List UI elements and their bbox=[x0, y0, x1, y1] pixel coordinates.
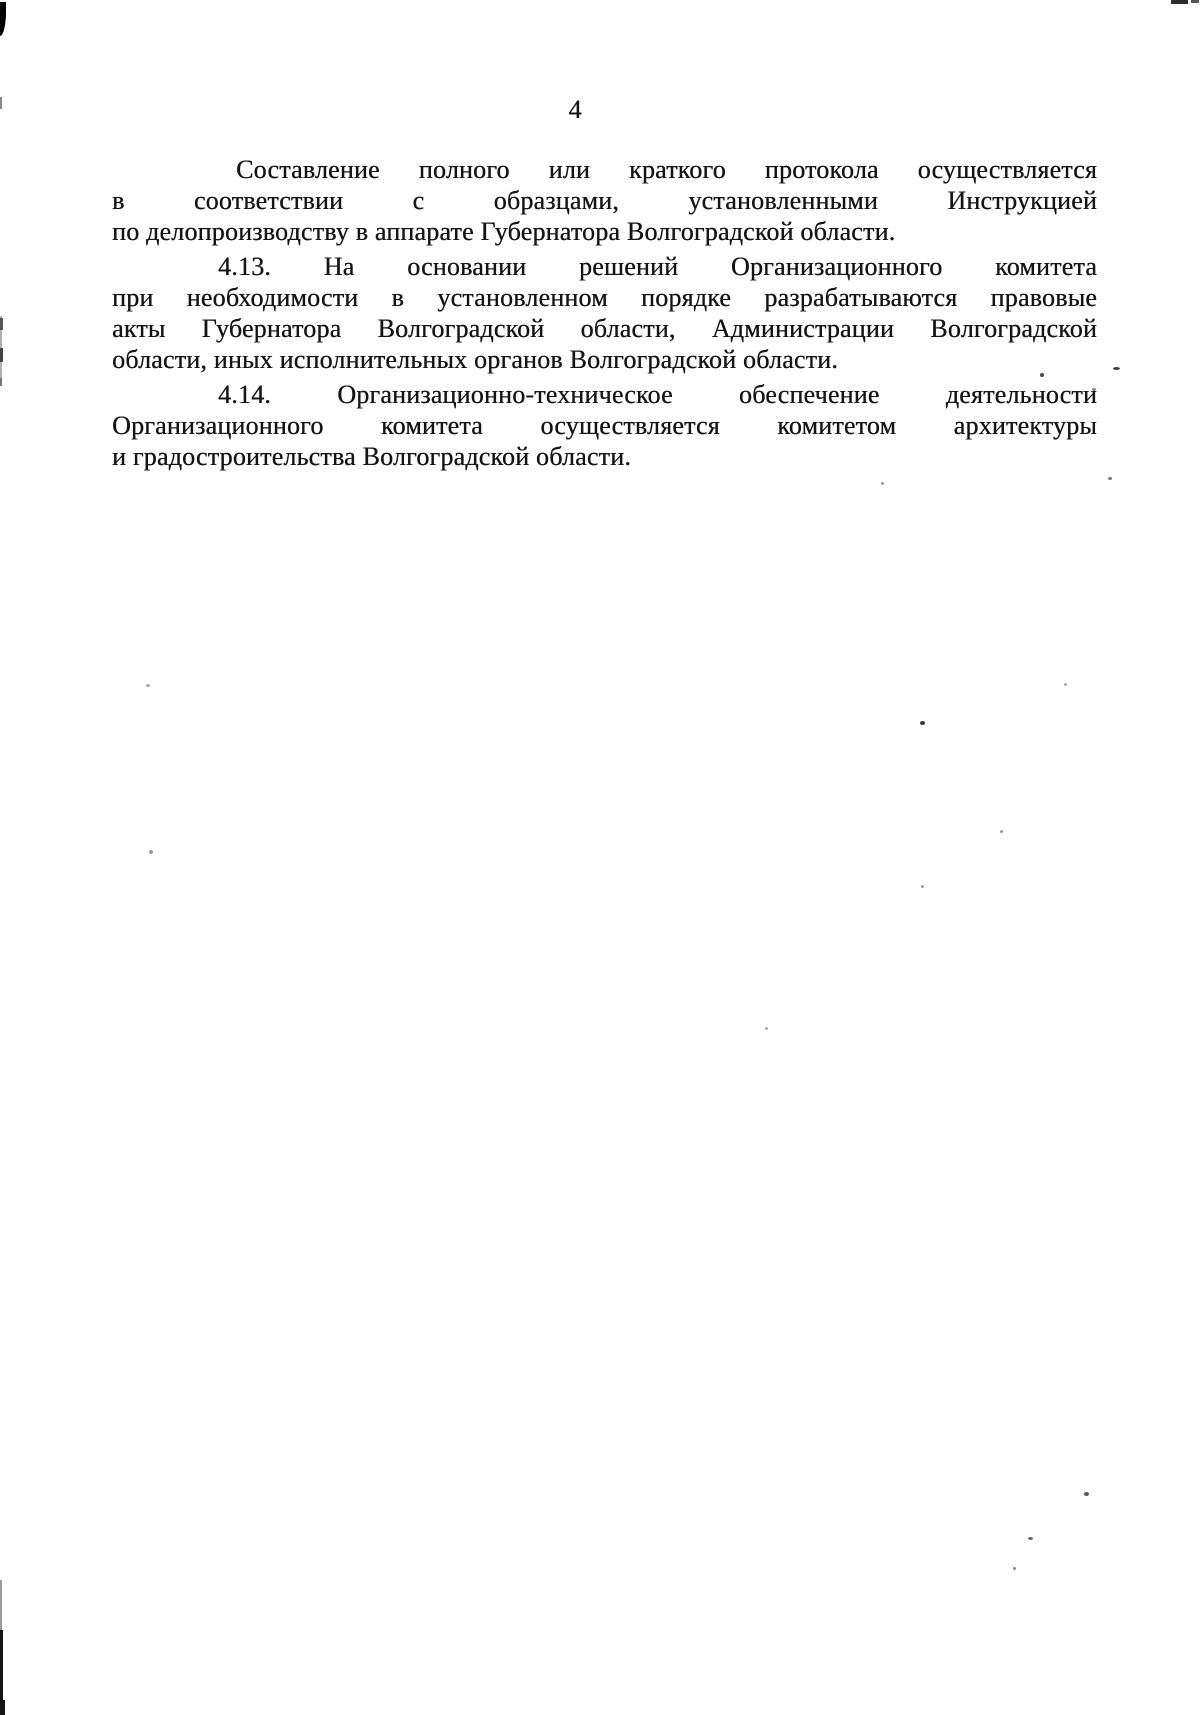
text-line: по делопроизводству в аппарате Губернато… bbox=[112, 216, 1097, 247]
scan-speck bbox=[1113, 367, 1120, 370]
scan-speck bbox=[1092, 388, 1096, 391]
scan-speck bbox=[1013, 1567, 1016, 1570]
text-line: 4.14. Организационно-техническое обеспеч… bbox=[112, 379, 1097, 410]
text-block: Составление полного или краткого протоко… bbox=[112, 154, 1097, 472]
text-line: и градостроительства Волгоградской облас… bbox=[112, 441, 1097, 472]
scan-speck bbox=[1108, 477, 1112, 480]
scan-speck bbox=[920, 721, 925, 725]
scan-edge-line bbox=[0, 1700, 5, 1715]
scan-speck bbox=[146, 684, 150, 687]
text-line: Составление полного или краткого протоко… bbox=[112, 154, 1097, 185]
scan-speck bbox=[1084, 1492, 1089, 1496]
scan-edge-mark bbox=[1191, 0, 1199, 3]
scan-edge-mark bbox=[0, 97, 2, 109]
scan-speck bbox=[921, 885, 924, 888]
text-line: Организационного комитета осуществляется… bbox=[112, 410, 1097, 441]
paragraph-4-14: 4.14. Организационно-техническое обеспеч… bbox=[112, 379, 1097, 472]
scanned-document-page: 4 Составление полного или краткого прото… bbox=[0, 0, 1200, 1715]
scan-speck bbox=[1000, 830, 1003, 833]
scan-speck bbox=[1028, 1537, 1033, 1540]
text-line: при необходимости в установленном порядк… bbox=[112, 282, 1097, 313]
paragraph-intro: Составление полного или краткого протоко… bbox=[112, 154, 1097, 247]
text-line: в соответствии с образцами, установленны… bbox=[112, 185, 1097, 216]
scan-corner-blob bbox=[0, 2, 6, 36]
text-line: области, иных исполнительных органов Вол… bbox=[112, 344, 1097, 375]
scan-speck bbox=[1040, 373, 1044, 377]
scan-edge-mark bbox=[0, 348, 3, 362]
text-line: акты Губернатора Волгоградской области, … bbox=[112, 313, 1097, 344]
paragraph-4-13: 4.13. На основании решений Организационн… bbox=[112, 251, 1097, 375]
scan-speck bbox=[765, 1027, 768, 1030]
scan-speck bbox=[1064, 683, 1067, 686]
scan-edge-mark bbox=[0, 378, 2, 386]
page-number: 4 bbox=[0, 94, 1150, 125]
scan-speck bbox=[881, 482, 884, 485]
scan-edge-mark bbox=[0, 318, 3, 330]
text-line: 4.13. На основании решений Организационн… bbox=[112, 251, 1097, 282]
scan-edge-mark bbox=[1171, 0, 1188, 4]
scan-speck bbox=[149, 850, 153, 854]
